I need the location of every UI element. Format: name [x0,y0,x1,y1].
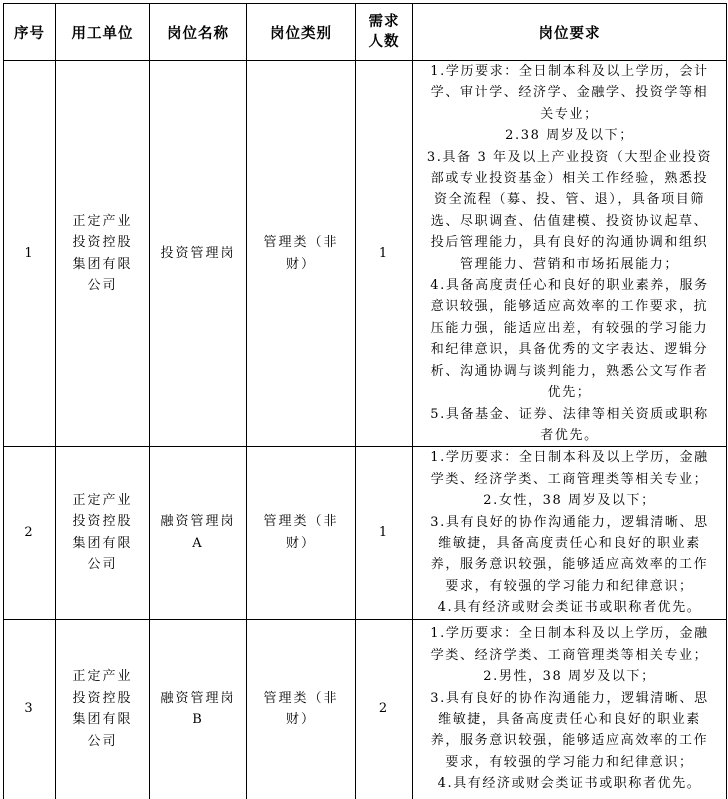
requirement-line: 压能力强，能适应出差，有较强的学习能力 [413,318,726,339]
position-type-cell: 管理类（非财） [247,619,356,799]
employer-cell: 正定产业投资控股集团有限公司 [56,447,150,619]
requirement-line: 选、尽职调查、估值建模、投资协议起草、 [413,211,726,232]
employer-line: 正定产业 [56,666,149,688]
header-headcount: 需求 人数 [356,4,413,61]
employer-cell: 正定产业投资控股集团有限公司 [56,61,150,447]
requirement-line: 析、沟通协调与谈判能力，熟悉公文写作者 [413,361,726,382]
requirement-line: 学类、经济学类、工商管理类等相关专业； [413,469,726,490]
position-type-line: 管理类（非 [247,511,355,533]
table-body: 1正定产业投资控股集团有限公司投资管理岗管理类（非财）11.学历要求：全日制本科… [4,61,727,799]
requirement-line: 3.具备 3 年及以上产业投资（大型企业投资 [413,147,726,168]
requirement-line: 4.具有经济或财会类证书或职称者优先。 [413,597,726,618]
requirement-line: 1.学历要求：全日制本科及以上学历，金融 [413,623,726,644]
requirement-line: 维敏捷，具备高度责任心和良好的职业素 [413,533,726,554]
requirement-line: 要求，有较强的学习能力和纪律意识； [413,752,726,773]
header-requirements: 岗位要求 [413,4,727,61]
employer-line: 集团有限 [56,709,149,731]
requirement-line: 管理能力、营销和市场拓展能力； [413,254,726,275]
header-headcount-line1: 需求 [356,12,412,32]
job-positions-table: 序号 用工单位 岗位名称 岗位类别 需求 人数 岗位要求 1正定产业投资控股集团… [3,3,727,799]
requirement-line: 资全流程（募、投、管、退），具备项目筛 [413,189,726,210]
header-index: 序号 [4,4,56,61]
requirement-line: 3.具有良好的协作沟通能力，逻辑清晰、思 [413,512,726,533]
position-type-cell: 管理类（非财） [247,61,356,447]
employer-cell: 正定产业投资控股集团有限公司 [56,619,150,799]
headcount-cell: 2 [356,619,413,799]
position-name-line: B [150,709,246,731]
requirements-cell: 1.学历要求：全日制本科及以上学历，会计学、审计学、经济学、金融学、投资学等相关… [413,61,727,447]
position-type-line: 财） [247,709,355,731]
requirement-line: 1.学历要求：全日制本科及以上学历，金融 [413,447,726,468]
position-type-line: 管理类（非 [247,232,355,254]
header-position-type: 岗位类别 [247,4,356,61]
requirement-line: 2.男性，38 周岁及以下； [413,666,726,687]
employer-line: 公司 [56,275,149,297]
header-employer: 用工单位 [56,4,150,61]
position-type-line: 管理类（非 [247,688,355,710]
requirement-line: 部或专业投资基金）相关工作经验，熟悉投 [413,168,726,189]
employer-line: 公司 [56,731,149,753]
requirement-line: 要求，有较强的学习能力和纪律意识； [413,576,726,597]
requirement-line: 养，服务意识较强，能够适应高效率的工作 [413,554,726,575]
header-headcount-line2: 人数 [356,32,412,52]
position-name-line: 融资管理岗 [150,511,246,533]
employer-line: 投资控股 [56,232,149,254]
position-name-line: A [150,533,246,555]
position-type-line: 财） [247,533,355,555]
requirement-line: 优先； [413,382,726,403]
requirement-line: 4.具有经济或财会类证书或职称者优先。 [413,773,726,794]
employer-line: 正定产业 [56,211,149,233]
requirement-line: 3.具有良好的协作沟通能力，逻辑清晰、思 [413,688,726,709]
table-row: 1正定产业投资控股集团有限公司投资管理岗管理类（非财）11.学历要求：全日制本科… [4,61,727,447]
requirement-line: 学、审计学、经济学、金融学、投资学等相 [413,82,726,103]
requirement-line: 学类、经济学类、工商管理类等相关专业； [413,645,726,666]
requirement-line: 和纪律意识，具备优秀的文字表达、逻辑分 [413,339,726,360]
requirement-line: 2.女性，38 周岁及以下； [413,490,726,511]
employer-line: 公司 [56,554,149,576]
requirement-line: 养，服务意识较强，能够适应高效率的工作 [413,730,726,751]
requirement-line: 维敏捷，具备高度责任心和良好的职业素 [413,709,726,730]
position-name-cell: 融资管理岗A [150,447,247,619]
requirement-line: 5.具备基金、证券、法律等相关资质或职称 [413,404,726,425]
employer-line: 投资控股 [56,511,149,533]
requirement-line: 1.学历要求：全日制本科及以上学历，会计 [413,61,726,82]
position-name-line: 融资管理岗 [150,688,246,710]
row-index: 2 [4,447,56,619]
headcount-cell: 1 [356,61,413,447]
position-name-cell: 融资管理岗B [150,619,247,799]
employer-line: 集团有限 [56,533,149,555]
position-name-cell: 投资管理岗 [150,61,247,447]
requirement-line: 2.38 周岁及以下； [413,125,726,146]
requirement-line: 4.具备高度责任心和良好的职业素养，服务 [413,275,726,296]
requirement-line: 者优先。 [413,425,726,446]
employer-line: 投资控股 [56,688,149,710]
requirements-cell: 1.学历要求：全日制本科及以上学历，金融学类、经济学类、工商管理类等相关专业；2… [413,447,727,619]
table-row: 2正定产业投资控股集团有限公司融资管理岗A管理类（非财）11.学历要求：全日制本… [4,447,727,619]
table-header-row: 序号 用工单位 岗位名称 岗位类别 需求 人数 岗位要求 [4,4,727,61]
position-name-line: 投资管理岗 [150,243,246,265]
row-index: 1 [4,61,56,447]
employer-line: 集团有限 [56,254,149,276]
requirement-line: 投后管理能力，具有良好的沟通协调和组织 [413,232,726,253]
position-type-line: 财） [247,254,355,276]
header-position-name: 岗位名称 [150,4,247,61]
employer-line: 正定产业 [56,490,149,512]
requirement-line: 意识较强，能够适应高效率的工作要求，抗 [413,296,726,317]
position-type-cell: 管理类（非财） [247,447,356,619]
row-index: 3 [4,619,56,799]
table-row: 3正定产业投资控股集团有限公司融资管理岗B管理类（非财）21.学历要求：全日制本… [4,619,727,799]
requirement-line: 关专业； [413,104,726,125]
headcount-cell: 1 [356,447,413,619]
requirements-cell: 1.学历要求：全日制本科及以上学历，金融学类、经济学类、工商管理类等相关专业；2… [413,619,727,799]
